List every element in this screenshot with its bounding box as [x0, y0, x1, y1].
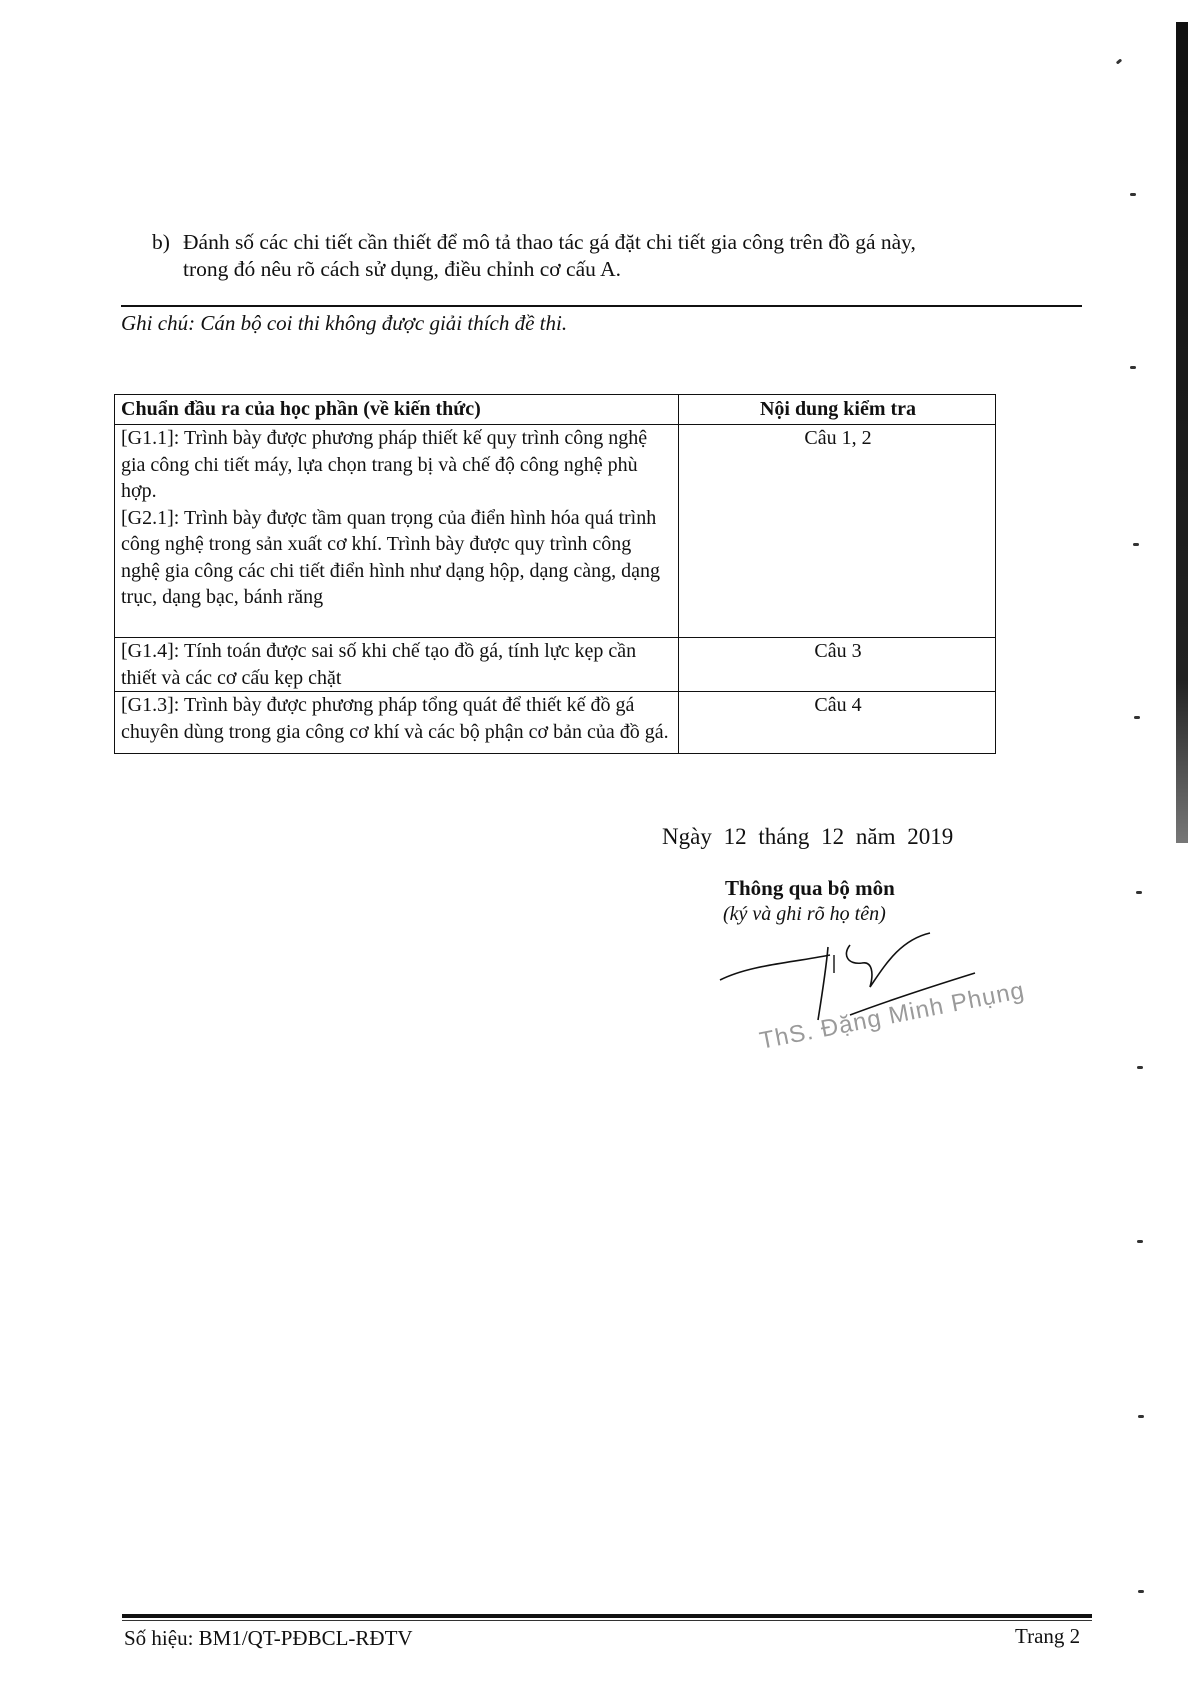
table-row: [G1.1]: Trình bày được phương pháp thiết… [115, 425, 996, 638]
outcome-g2-1: [G2.1]: Trình bày được tầm quan trọng củ… [121, 505, 674, 611]
table-row: [G1.3]: Trình bày được phương pháp tổng … [115, 692, 996, 754]
scan-speck [1137, 1240, 1143, 1243]
outcome-g1-1: [G1.1]: Trình bày được phương pháp thiết… [121, 425, 674, 505]
scan-speck [1116, 58, 1123, 64]
footer-rule-thin [122, 1620, 1092, 1621]
scan-edge-shadow [1176, 22, 1188, 843]
scan-speck [1137, 1066, 1143, 1069]
outcome-g1-4: [G1.4]: Tính toán được sai số khi chế tạ… [121, 638, 674, 691]
learning-outcomes-table: Chuẩn đầu ra của học phần (về kiến thức)… [114, 394, 996, 754]
scan-speck [1133, 543, 1139, 546]
header-content: Nội dung kiểm tra [679, 395, 996, 425]
outcome-cell: [G1.1]: Trình bày được phương pháp thiết… [115, 425, 679, 638]
outcome-cell: [G1.3]: Trình bày được phương pháp tổng … [115, 692, 679, 754]
outcome-g1-3: [G1.3]: Trình bày được phương pháp tổng … [121, 692, 674, 745]
scan-speck [1138, 1590, 1144, 1593]
question-b-text: Đánh số các chi tiết cần thiết để mô tả … [183, 229, 916, 283]
approval-subtitle: (ký và ghi rõ họ tên) [723, 903, 886, 926]
approval-title: Thông qua bộ môn [725, 876, 895, 901]
footer-rule-thick [122, 1614, 1092, 1618]
question-b-line-1: Đánh số các chi tiết cần thiết để mô tả … [183, 229, 916, 256]
content-cell: Câu 4 [679, 692, 996, 754]
page-number: Trang 2 [1015, 1624, 1080, 1649]
section-divider [121, 305, 1082, 307]
scan-speck [1136, 891, 1142, 894]
scan-speck [1130, 193, 1136, 196]
content-cell: Câu 3 [679, 638, 996, 692]
table-header-row: Chuẩn đầu ra của học phần (về kiến thức)… [115, 395, 996, 425]
content-cell: Câu 1, 2 [679, 425, 996, 638]
proctor-note: Ghi chú: Cán bộ coi thi không được giải … [121, 311, 567, 336]
outcome-cell: [G1.4]: Tính toán được sai số khi chế tạ… [115, 638, 679, 692]
table-row: [G1.4]: Tính toán được sai số khi chế tạ… [115, 638, 996, 692]
scan-speck [1134, 716, 1140, 719]
scan-speck [1138, 1415, 1144, 1418]
header-outcomes: Chuẩn đầu ra của học phần (về kiến thức) [115, 395, 679, 425]
question-b-label: b) [152, 229, 170, 256]
question-b-line-2: trong đó nêu rõ cách sử dụng, điều chỉnh… [183, 256, 916, 283]
document-code: Số hiệu: BM1/QT-PĐBCL-RĐTV [124, 1626, 413, 1651]
scan-speck [1130, 366, 1136, 369]
date-line: Ngày 12 tháng 12 năm 2019 [662, 824, 953, 850]
